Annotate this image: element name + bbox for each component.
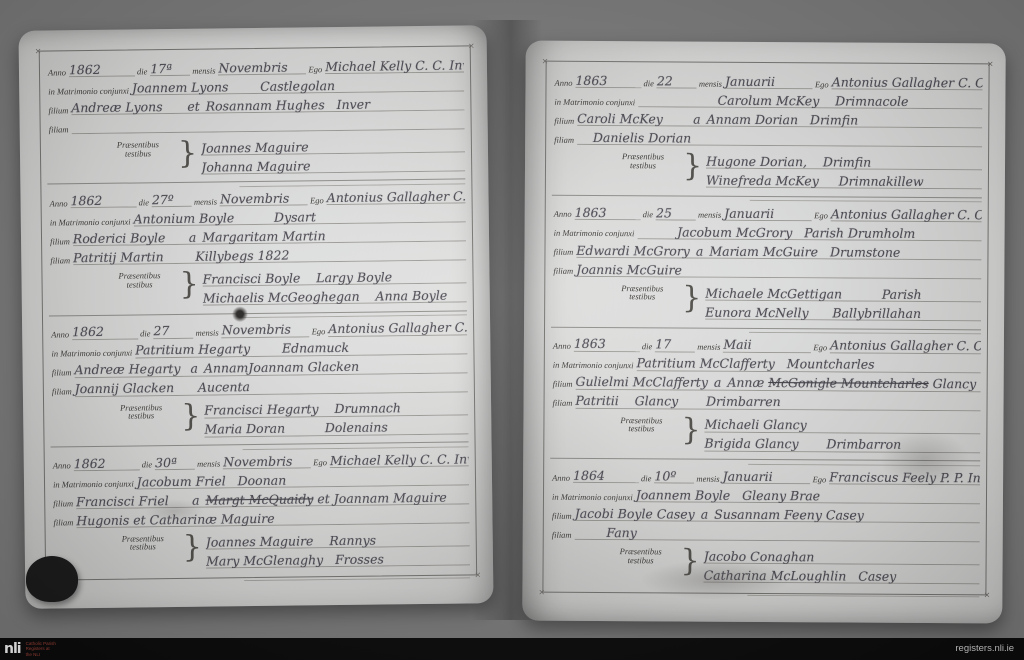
mensis-value: Novembris <box>223 454 311 469</box>
witness2-value: Winefreda McKey Drimnakillew <box>706 174 982 190</box>
connector-value: a <box>183 231 203 245</box>
filium-label: filium <box>551 380 576 390</box>
die-label: die <box>639 474 654 484</box>
testibus-label: Præsentibus testibus <box>104 529 182 570</box>
mensis-label: mensis <box>190 66 218 76</box>
date-line: Anno 1863 die 17 mensis Maii Ego Antoniu… <box>551 332 981 354</box>
die-value: 17 <box>655 338 695 352</box>
anno-label: Anno <box>551 342 574 352</box>
anno-label: Anno <box>46 68 69 78</box>
filium-label: filium <box>552 116 577 126</box>
testibus-label: Præsentibus testibus <box>603 279 681 319</box>
bride-value: Mariam McGuire Drumstone <box>709 244 900 259</box>
bride-rest-value: et Joannam Maguire <box>313 490 469 506</box>
conjunxi-label: in Matrimonio conjunxi <box>550 492 636 502</box>
ego-label: Ego <box>311 458 330 468</box>
priest-value: Michael Kelly C. C. Inver <box>325 58 464 74</box>
filium-line: filium Caroli McKey a Annam Dorian Drimf… <box>552 107 982 129</box>
connector-value: a <box>695 508 715 522</box>
bride-value: Annæ <box>727 376 768 390</box>
right-page: × × × × Anno 1863 die 22 mensis Januarii… <box>522 41 1006 624</box>
bride-father-value: Danielis Dorian <box>577 131 982 148</box>
witness2-value: Catharina McLoughlin Casey <box>704 569 980 585</box>
priest-value: Antonius Gallagher C. C. Inver <box>830 339 981 354</box>
register-entry: Anno 1862 die 30ª mensis Novembris Ego M… <box>51 441 471 577</box>
groom-father-value: Francisci Friel <box>76 493 186 508</box>
die-value: 17ª <box>150 62 190 77</box>
register-entry: Anno 1862 die 27 mensis Novembris Ego An… <box>49 310 469 446</box>
brace-glyph: } <box>680 543 699 583</box>
date-line: Anno 1864 die 10º mensis Januarii Ego Fr… <box>550 464 980 486</box>
bride-value: Margaritam Martin <box>202 229 325 245</box>
brace-glyph: } <box>183 528 203 568</box>
brace-glyph: } <box>178 135 198 175</box>
connector-value: a <box>186 493 206 507</box>
anno-label: Anno <box>48 199 71 209</box>
witness2-value: Eunora McNelly Ballybrillahan <box>705 305 981 321</box>
date-line: Anno 1863 die 22 mensis Januarii Ego Ant… <box>552 69 982 91</box>
die-label: die <box>140 460 156 470</box>
ego-label: Ego <box>813 80 832 90</box>
connector-value: a <box>708 376 728 390</box>
watermark-bar: nli Catholic Parish Registers at the NLI… <box>0 638 1024 660</box>
mensis-label: mensis <box>694 474 722 484</box>
bride-value: Rosannam Hughes Inver <box>206 97 371 113</box>
priest-value: Franciscus Feely P. P. Inver <box>829 471 980 486</box>
brace-glyph: } <box>683 148 702 188</box>
groom-father-value: Gulielmi McClafferty <box>575 375 707 390</box>
mensis-value: Novembris <box>220 191 308 206</box>
brace-glyph: } <box>681 411 700 451</box>
conjunxi-line: in Matrimonio conjunxi Jacobum McGrory P… <box>552 219 982 241</box>
filium-label: filium <box>50 368 75 378</box>
groom-value: Carolum McKey Drimnacole <box>638 93 982 109</box>
anno-value: 1863 <box>574 337 640 352</box>
witness-lines: Joannes Maguire Rannys Mary McGlenaghy F… <box>206 525 470 568</box>
groom-father-value: Andreæ Lyons <box>71 100 181 115</box>
testibus-label: Præsentibus testibus <box>102 397 180 438</box>
filium-label: filium <box>51 499 76 509</box>
mensis-value: Januarii <box>725 75 813 90</box>
anno-value: 1862 <box>70 194 136 209</box>
testibus-label: Præsentibus testibus <box>602 411 680 451</box>
bride-struck-value: Margt McQuaidy <box>205 492 313 507</box>
mensis-label: mensis <box>192 197 220 207</box>
mensis-value: Januarii <box>723 470 811 485</box>
die-label: die <box>641 210 656 220</box>
testibus-label: Præsentibus testibus <box>601 542 679 582</box>
register-entry: Anno 1863 die 25 mensis Januarii Ego Ant… <box>551 194 982 328</box>
witnesses-block: Præsentibus testibus } Francisci Hegarty… <box>50 394 468 439</box>
connector-value: et <box>181 99 206 113</box>
witnesses-block: Præsentibus testibus } Joannes Maguire J… <box>47 131 465 176</box>
ego-label: Ego <box>812 212 831 222</box>
anno-label: Anno <box>51 461 74 471</box>
die-value: 22 <box>657 74 697 88</box>
die-value: 27 <box>153 324 193 339</box>
conjunxi-line: in Matrimonio conjunxi Joannem Boyle Gle… <box>550 483 980 505</box>
filiam-label: filiam <box>51 518 76 528</box>
filiam-line: filiam Danielis Dorian <box>552 126 982 148</box>
die-value: 10º <box>654 469 694 483</box>
die-label: die <box>640 342 655 352</box>
nli-caption: Catholic Parish Registers at the NLI <box>26 641 56 658</box>
ego-label: Ego <box>308 196 327 206</box>
priest-value: Antonius Gallagher C. C. Inver <box>327 190 466 206</box>
priest-value: Antonius Gallagher C. C. Inver <box>832 75 983 90</box>
conjunxi-label: in Matrimonio conjunxi <box>49 348 135 359</box>
register-entry: Anno 1864 die 10º mensis Januarii Ego Fr… <box>549 458 980 592</box>
filiam-label: filiam <box>550 530 575 540</box>
witnesses-block: Præsentibus testibus } Francisci Boyle L… <box>48 263 466 308</box>
anno-value: 1862 <box>72 325 138 340</box>
ego-label: Ego <box>306 65 325 75</box>
priest-value: Michael Kelly C. C. Inver <box>330 452 469 468</box>
witnesses-block: Præsentibus testibus } Jacobo Conaghan C… <box>549 542 979 585</box>
filium-label: filium <box>48 237 73 247</box>
brace-glyph: } <box>181 397 201 437</box>
mensis-label: mensis <box>193 328 221 338</box>
priest-value: Antonius Gallagher C. C. Inver <box>831 207 982 222</box>
conjunxi-label: in Matrimonio conjunxi <box>552 229 638 239</box>
filium-line: filium Gulielmi McClafferty a Annæ McGon… <box>551 370 981 392</box>
anno-value: 1863 <box>575 205 641 220</box>
register-photo: × × × × Anno 1862 die 17ª mensis Novembr… <box>0 0 1024 660</box>
left-page-frame: × × × × Anno 1862 die 17ª mensis Novembr… <box>39 45 477 580</box>
bride-father-value: Joannis McGuire <box>576 262 981 279</box>
right-page-entries: Anno 1863 die 22 mensis Januarii Ego Ant… <box>543 62 988 595</box>
register-entry: Anno 1862 die 27º mensis Novembris Ego A… <box>47 179 467 315</box>
witness-lines: Jacobo Conaghan Catharina McLoughlin Cas… <box>704 543 980 585</box>
mensis-label: mensis <box>695 343 723 353</box>
witness-lines: Francisci Hegarty Drumnach Maria Doran D… <box>204 394 468 437</box>
conjunxi-label: in Matrimonio conjunxi <box>552 97 638 107</box>
anno-label: Anno <box>49 330 72 340</box>
bride-rest-value: Glancy <box>929 377 981 391</box>
filiam-label: filiam <box>50 387 75 397</box>
bride-father-value: Fany <box>575 526 980 543</box>
groom-value: Jacobum McGrory Parish Drumholm <box>637 225 981 241</box>
witness-lines: Joannes Maguire Johanna Maguire <box>201 131 465 174</box>
filiam-label: filiam <box>552 135 577 145</box>
register-entry: Anno 1862 die 17ª mensis Novembris Ego M… <box>46 48 466 183</box>
testibus-label: Præsentibus testibus <box>99 135 177 176</box>
anno-value: 1864 <box>573 469 639 484</box>
anno-value: 1862 <box>69 62 135 77</box>
register-entry: Anno 1863 die 17 mensis Maii Ego Antoniu… <box>550 326 981 460</box>
witnesses-block: Præsentibus testibus } Hugone Dorian, Dr… <box>552 147 982 190</box>
ego-label: Ego <box>811 475 830 485</box>
anno-value: 1863 <box>575 74 641 89</box>
anno-label: Anno <box>550 473 573 483</box>
witness2-value: Brigida Glancy Drimbarron <box>704 437 980 453</box>
groom-father-value: Roderici Boyle <box>73 231 183 246</box>
conjunxi-line: in Matrimonio conjunxi Carolum McKey Dri… <box>552 88 982 110</box>
conjunxi-label: in Matrimonio conjunxi <box>46 86 132 97</box>
ego-label: Ego <box>811 343 830 353</box>
filium-line: filium Edwardi McGrory a Mariam McGuire … <box>551 238 981 260</box>
conjunxi-line: in Matrimonio conjunxi Patritium McClaff… <box>551 351 981 373</box>
witnesses-block: Præsentibus testibus } Joannes Maguire R… <box>52 525 470 570</box>
filiam-label: filiam <box>551 267 576 277</box>
anno-value: 1862 <box>74 456 140 471</box>
die-label: die <box>135 67 151 77</box>
witnesses-block: Præsentibus testibus } Michaele McGettig… <box>551 278 981 321</box>
witnesses-block: Præsentibus testibus } Michaeli Glancy B… <box>550 410 980 453</box>
left-page: × × × × Anno 1862 die 17ª mensis Novembr… <box>18 25 493 609</box>
filium-label: filium <box>551 248 576 258</box>
die-label: die <box>641 79 656 89</box>
anno-label: Anno <box>552 210 575 220</box>
page-weight <box>26 556 78 602</box>
mensis-label: mensis <box>697 79 725 89</box>
left-page-entries: Anno 1862 die 17ª mensis Novembris Ego M… <box>40 46 476 579</box>
groom-value: Patritium McClafferty Mountcharles <box>637 357 981 373</box>
right-page-frame: × × × × Anno 1863 die 22 mensis Januarii… <box>542 61 989 596</box>
mensis-value: Novembris <box>218 60 306 75</box>
groom-value: Joannem Boyle Gleany Brae <box>636 488 980 504</box>
testibus-label: Præsentibus testibus <box>100 266 178 307</box>
bride-rest-value: Joannam Glacken <box>248 359 467 376</box>
bride-value: Annam Dorian Drimfin <box>707 113 859 128</box>
register-entry: Anno 1863 die 22 mensis Januarii Ego Ant… <box>552 64 983 197</box>
die-value: 25 <box>656 206 696 220</box>
witness-lines: Francisci Boyle Largy Boyle Michaelis Mc… <box>202 263 466 306</box>
testibus-label: Præsentibus testibus <box>604 147 682 187</box>
groom-father-value: Edwardi McGrory <box>576 243 690 258</box>
bride-struck-value: McGonigle Mountcharles <box>768 376 929 391</box>
date-line: Anno 1863 die 25 mensis Januarii Ego Ant… <box>552 200 982 222</box>
bride-value: Annam <box>204 361 249 376</box>
site-url: registers.nli.ie <box>955 644 1014 654</box>
mensis-label: mensis <box>195 460 223 470</box>
bride-value: Susannam Feeny Casey <box>714 508 864 523</box>
die-value: 30ª <box>155 455 195 470</box>
filiam-line: filiam Joannis McGuire <box>551 257 981 279</box>
witness-lines: Michaele McGettigan Parish Eunora McNell… <box>705 279 981 321</box>
groom-father-value: Andreæ Hegarty <box>74 362 184 377</box>
die-value: 27º <box>152 193 192 208</box>
groom-father-value: Jacobi Boyle Casey <box>575 507 695 522</box>
anno-label: Anno <box>552 78 575 88</box>
filium-line: filium Jacobi Boyle Casey a Susannam Fee… <box>550 502 980 524</box>
nli-logo: nli <box>4 642 21 656</box>
filiam-label: filiam <box>48 256 73 266</box>
conjunxi-label: in Matrimonio conjunxi <box>48 217 134 228</box>
filiam-label: filiam <box>47 125 72 135</box>
filiam-label: filiam <box>551 399 576 409</box>
conjunxi-label: in Matrimonio conjunxi <box>51 480 137 491</box>
mensis-label: mensis <box>696 211 724 221</box>
connector-value: a <box>184 362 204 376</box>
connector-value: a <box>690 244 710 258</box>
brace-glyph: } <box>179 266 199 306</box>
witness-lines: Hugone Dorian, Drimfin Winefreda McKey D… <box>706 148 982 190</box>
mensis-value: Novembris <box>222 323 310 338</box>
brace-glyph: } <box>682 279 701 319</box>
groom-father-value: Caroli McKey <box>577 112 687 127</box>
die-label: die <box>138 329 154 339</box>
mensis-value: Maii <box>723 338 811 353</box>
ego-label: Ego <box>310 327 329 337</box>
bride-father-value: Patritii Glancy Drimbarren <box>575 394 980 411</box>
conjunxi-label: in Matrimonio conjunxi <box>551 361 637 371</box>
trailing-rule <box>549 582 979 598</box>
connector-value: a <box>687 112 707 126</box>
mensis-value: Januarii <box>724 206 812 221</box>
filiam-line: filiam Patritii Glancy Drimbarren <box>551 389 981 411</box>
die-label: die <box>136 198 152 208</box>
filiam-line: filiam Fany <box>550 521 980 543</box>
filium-label: filium <box>46 106 71 116</box>
filium-label: filium <box>550 511 575 521</box>
priest-value: Antonius Gallagher C. C. Inver <box>328 321 467 337</box>
witness-lines: Michaeli Glancy Brigida Glancy Drimbarro… <box>704 411 980 453</box>
